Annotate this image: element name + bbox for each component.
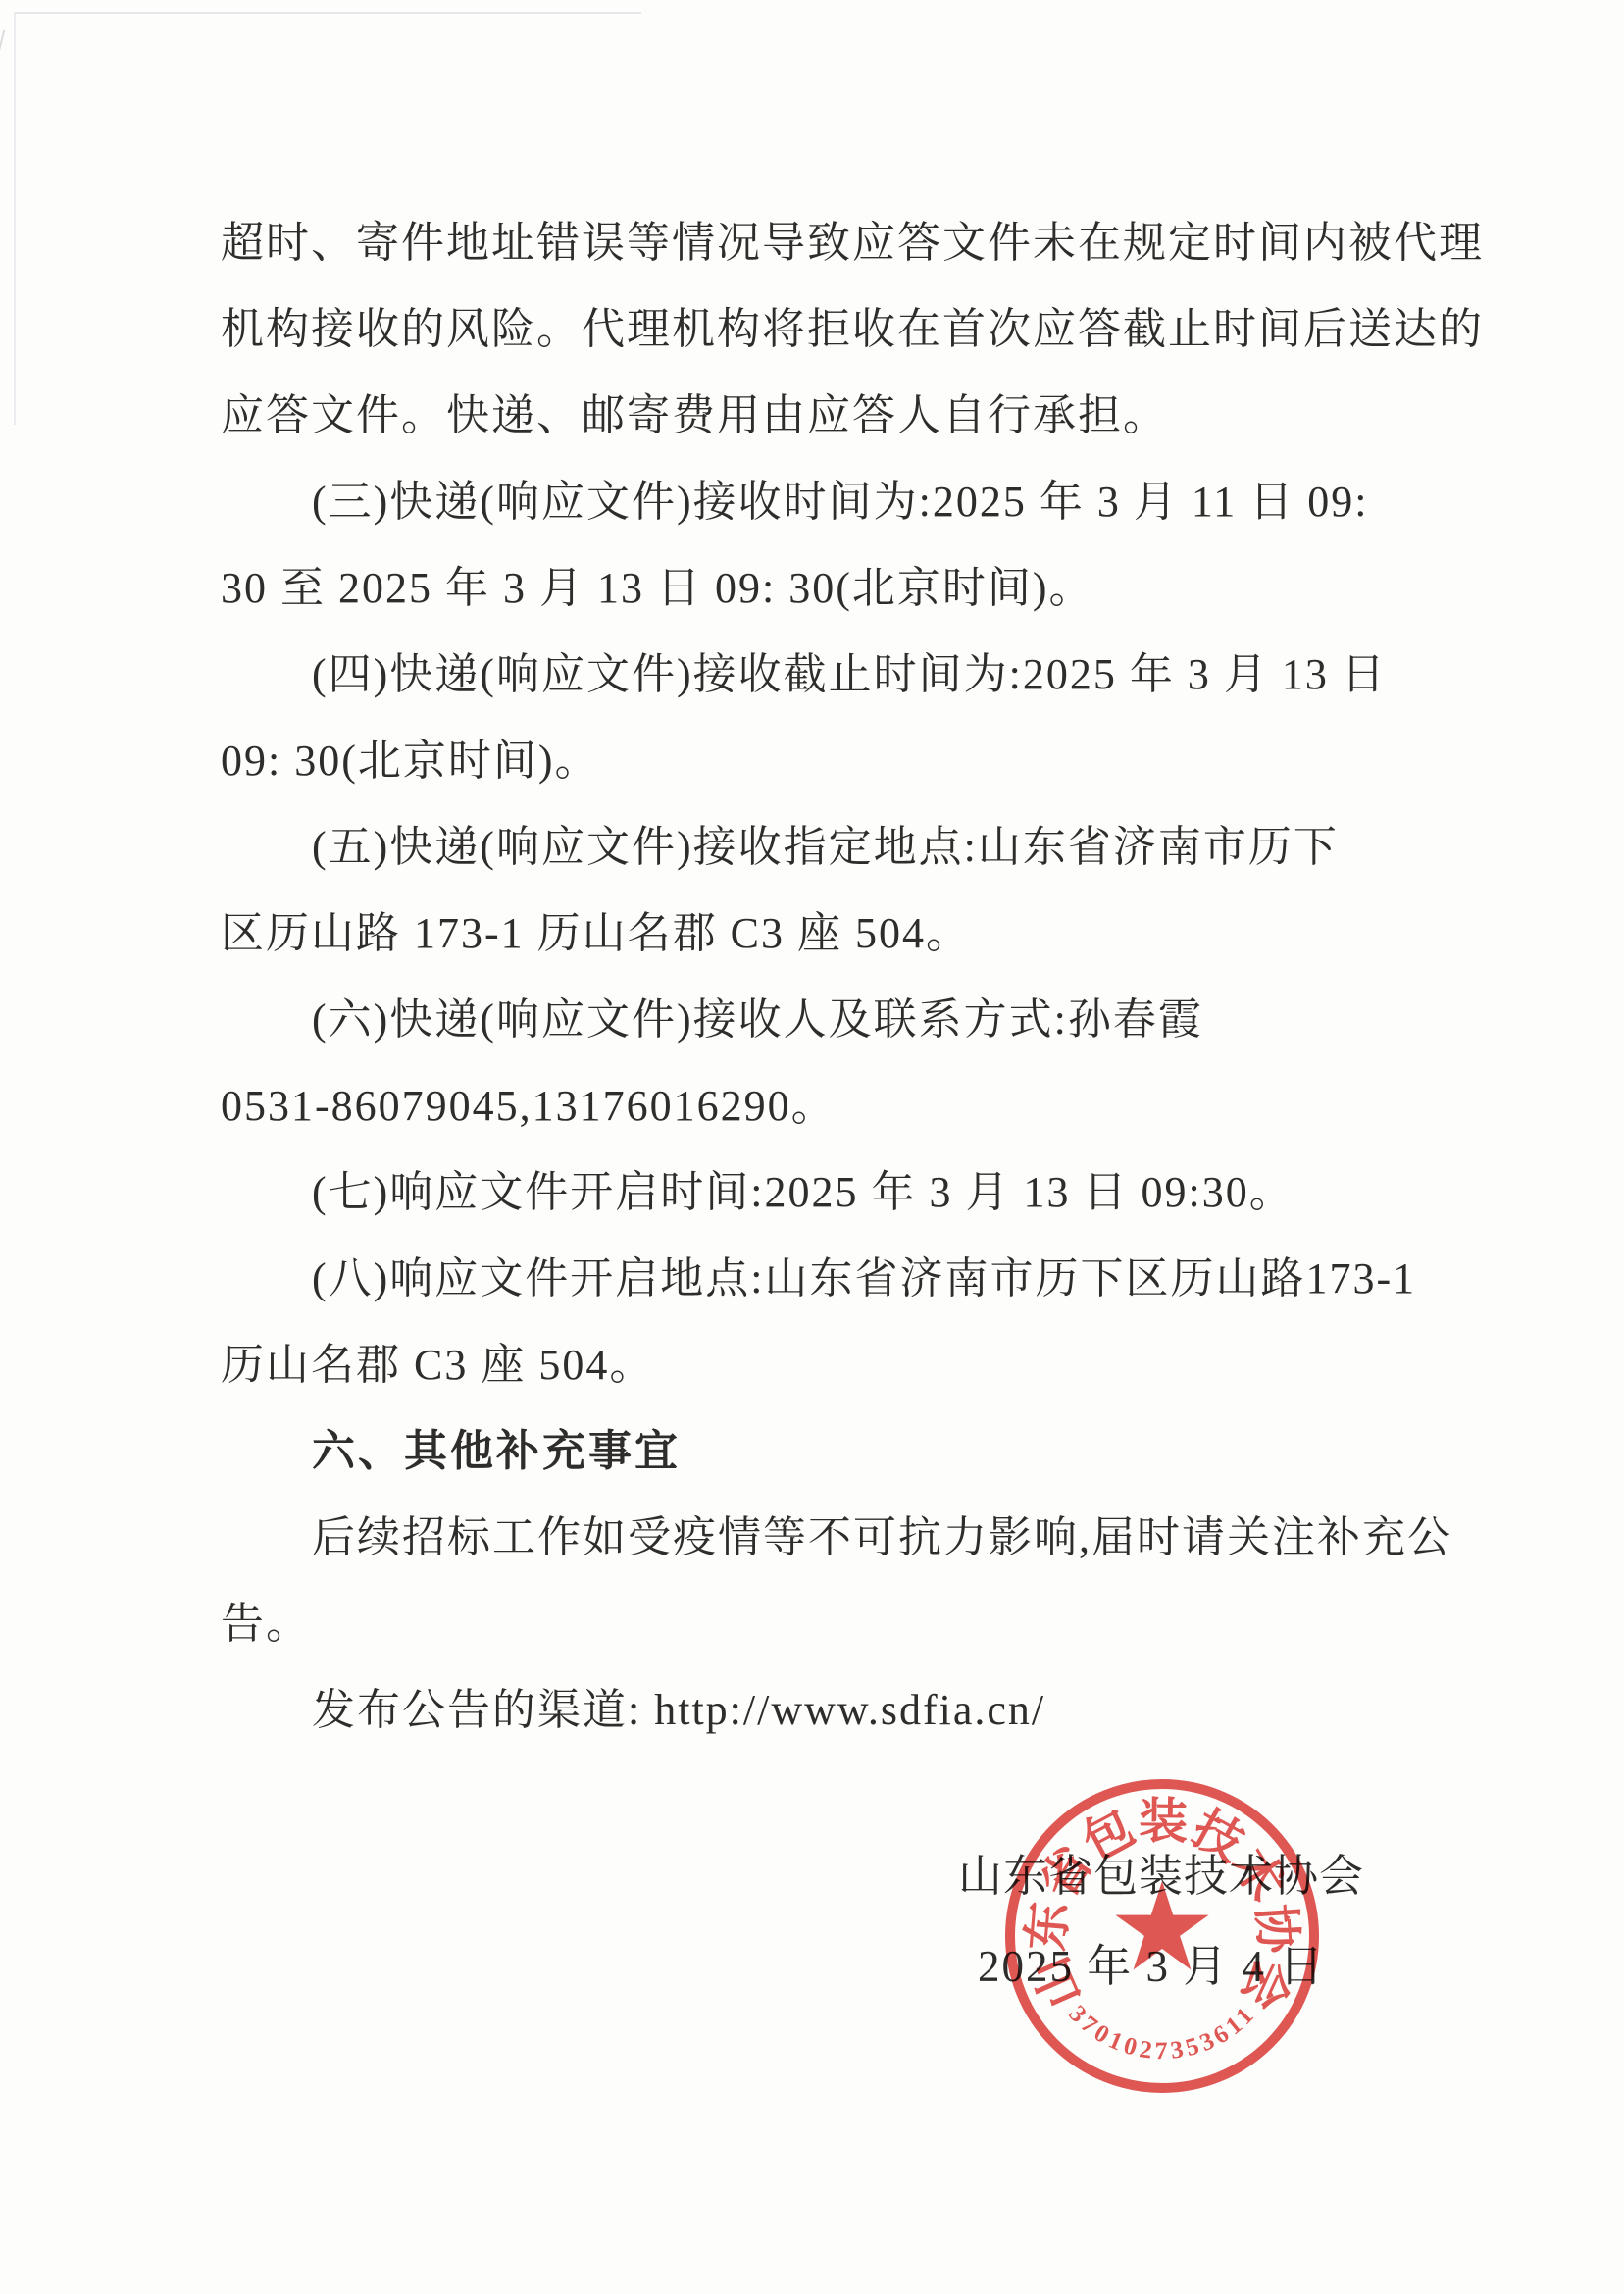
doc-line: 30 至 2025 年 3 月 13 日 09: 30(北京时间)。	[221, 545, 1462, 632]
stamp-serial-number: 3701027353611	[1063, 2000, 1261, 2065]
doc-line-item-6: (六)快递(响应文件)接收人及联系方式:孙春霞	[221, 977, 1462, 1063]
doc-line: 应答文件。快递、邮寄费用由应答人自行承担。	[221, 373, 1462, 459]
scan-edge-artifact	[0, 30, 5, 88]
doc-line: 告。	[221, 1581, 1462, 1667]
scan-edge-artifact	[14, 12, 641, 14]
doc-line: 0531-86079045,13176016290。	[221, 1063, 1462, 1149]
official-seal-stamp: 山东省包装技术协会 3701027353611	[995, 1769, 1329, 2103]
doc-line: 超时、寄件地址错误等情况导致应答文件未在规定时间内被代理	[221, 200, 1462, 286]
doc-line: 区历山路 173-1 历山名郡 C3 座 504。	[221, 891, 1462, 977]
doc-line: 后续招标工作如受疫情等不可抗力影响,届时请关注补充公	[221, 1495, 1462, 1581]
announcement-channel-line: 发布公告的渠道: http://www.sdfia.cn/	[221, 1667, 1462, 1754]
doc-line: 机构接收的风险。代理机构将拒收在首次应答截止时间后送达的	[221, 286, 1462, 373]
doc-line-item-7: (七)响应文件开启时间:2025 年 3 月 13 日 09:30。	[221, 1149, 1462, 1236]
doc-line: 09: 30(北京时间)。	[221, 718, 1462, 804]
scan-edge-artifact	[14, 13, 16, 425]
stamp-serial-holder: 3701027353611	[1063, 2000, 1261, 2065]
document-body: 超时、寄件地址错误等情况导致应答文件未在规定时间内被代理 机构接收的风险。代理机…	[221, 200, 1462, 1754]
doc-line-item-5: (五)快递(响应文件)接收指定地点:山东省济南市历下	[221, 804, 1462, 891]
star-icon	[1115, 1881, 1208, 1970]
doc-line-item-4: (四)快递(响应文件)接收截止时间为:2025 年 3 月 13 日	[221, 632, 1462, 718]
scanned-document-page: 超时、寄件地址错误等情况导致应答文件未在规定时间内被代理 机构接收的风险。代理机…	[0, 0, 1624, 2294]
doc-line: 历山名郡 C3 座 504。	[221, 1322, 1462, 1408]
doc-line-item-3: (三)快递(响应文件)接收时间为:2025 年 3 月 11 日 09:	[221, 459, 1462, 545]
doc-line-item-8: (八)响应文件开启地点:山东省济南市历下区历山路173-1	[221, 1236, 1462, 1322]
section-heading: 六、其他补充事宜	[221, 1408, 1462, 1495]
